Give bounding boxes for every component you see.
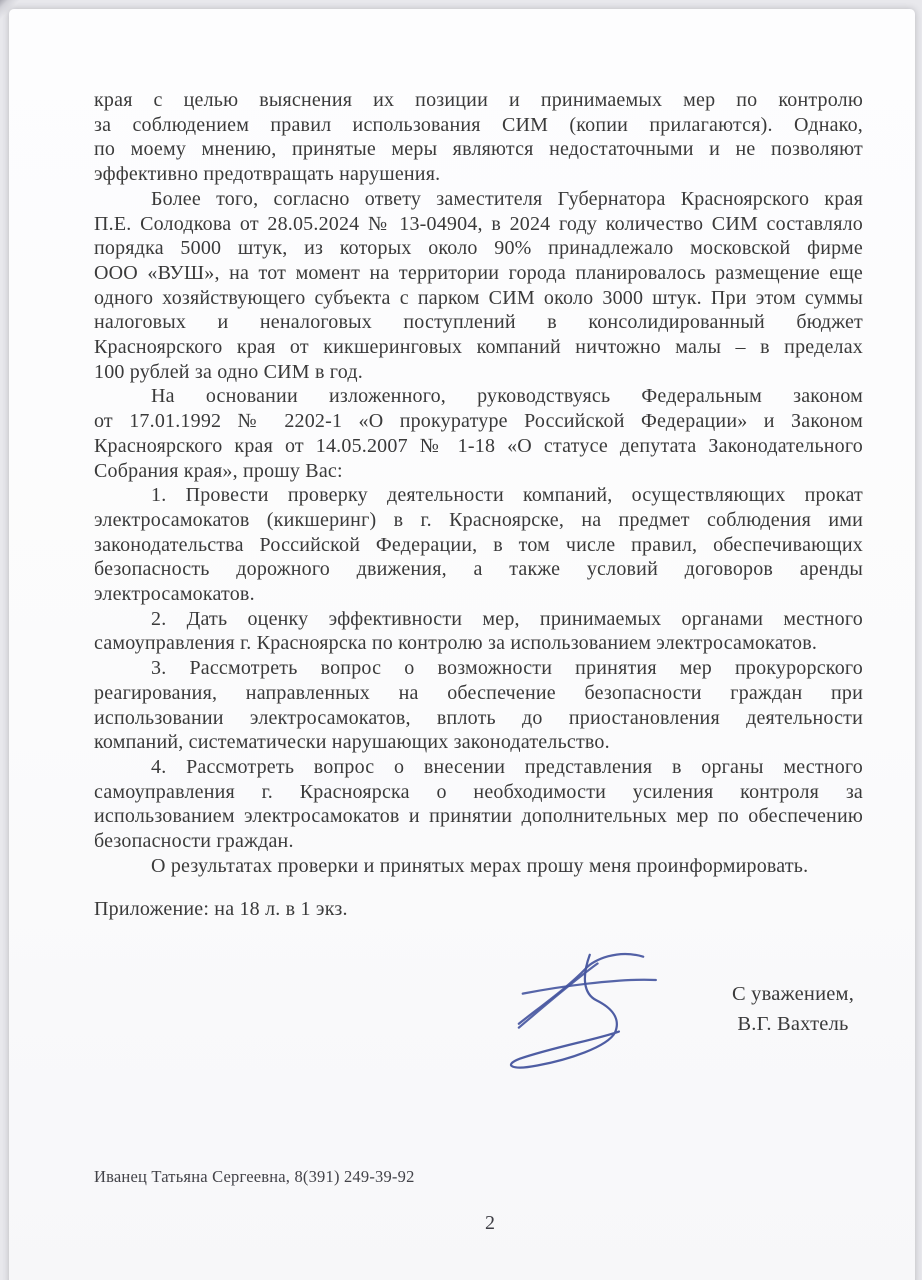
text-line: по моему мнению, принятые меры являются … [94,137,863,162]
text-line: порядка 5000 штук, из которых около 90% … [94,236,863,261]
text-line: О результатах проверки и принятых мерах … [94,854,863,879]
text-line: налоговых и неналоговых поступлений в ко… [94,310,863,335]
text-line: самоуправления г. Красноярска о необходи… [94,780,863,805]
text-line: Собрания края», прошу Вас: [94,459,863,484]
text-line: электросамокатов (кикшеринг) в г. Красно… [94,508,863,533]
text-line: одного хозяйствующего субъекта с парком … [94,286,863,311]
text-line: за соблюдением правил использования СИМ … [94,113,863,138]
letter-body: края с целью выяснения их позиции и прин… [9,9,915,921]
text-line: электросамокатов. [94,582,863,607]
text-line: реагирования, направленных на обеспечени… [94,681,863,706]
text-line: использовании электросамокатов, вплоть д… [94,706,863,731]
text-line: использованием электросамокатов и принят… [94,804,863,829]
closing-salutation: С уважением, [715,979,871,1009]
closing-name: В.Г. Вахтель [715,1009,871,1039]
text-line: 100 рублей за одно СИМ в год. [94,360,863,385]
text-line: ООО «ВУШ», на тот момент на территории г… [94,261,863,286]
text-line: законодательства Российской Федерации, в… [94,533,863,558]
text-line: безопасности граждан. [94,829,863,854]
attachment-note: Приложение: на 18 л. в 1 экз. [94,897,863,922]
text-line: эффективно предотвращать нарушения. [94,162,863,187]
document-page: края с целью выяснения их позиции и прин… [9,9,915,1280]
text-line: 1. Провести проверку деятельности компан… [94,483,863,508]
text-line: 3. Рассмотреть вопрос о возможности прин… [94,656,863,681]
contact-line: Иванец Татьяна Сергеевна, 8(391) 249-39-… [94,1167,415,1187]
text-line: 4. Рассмотреть вопрос о внесении предста… [94,755,863,780]
text-line: безопасность дорожного движения, а также… [94,557,863,582]
text-line: 2. Дать оценку эффективности мер, приним… [94,607,863,632]
text-line: Более того, согласно ответу заместителя … [94,187,863,212]
page-number: 2 [65,1212,915,1235]
text-line: На основании изложенного, руководствуясь… [94,384,863,409]
text-line: компаний, систематически нарушающих зако… [94,730,863,755]
text-line: Красноярского края от 14.05.2007 № 1-18 … [94,434,863,459]
closing-block: С уважением, В.Г. Вахтель [715,979,871,1039]
text-line: Красноярского края от кикшеринговых комп… [94,335,863,360]
signature-ink [496,947,668,1083]
text-line: П.Е. Солодкова от 28.05.2024 № 13-04904,… [94,212,863,237]
text-line: от 17.01.1992 № 2202-1 «О прокуратуре Ро… [94,409,863,434]
text-line: края с целью выяснения их позиции и прин… [94,88,863,113]
text-line: самоуправления г. Красноярска по контрол… [94,631,863,656]
